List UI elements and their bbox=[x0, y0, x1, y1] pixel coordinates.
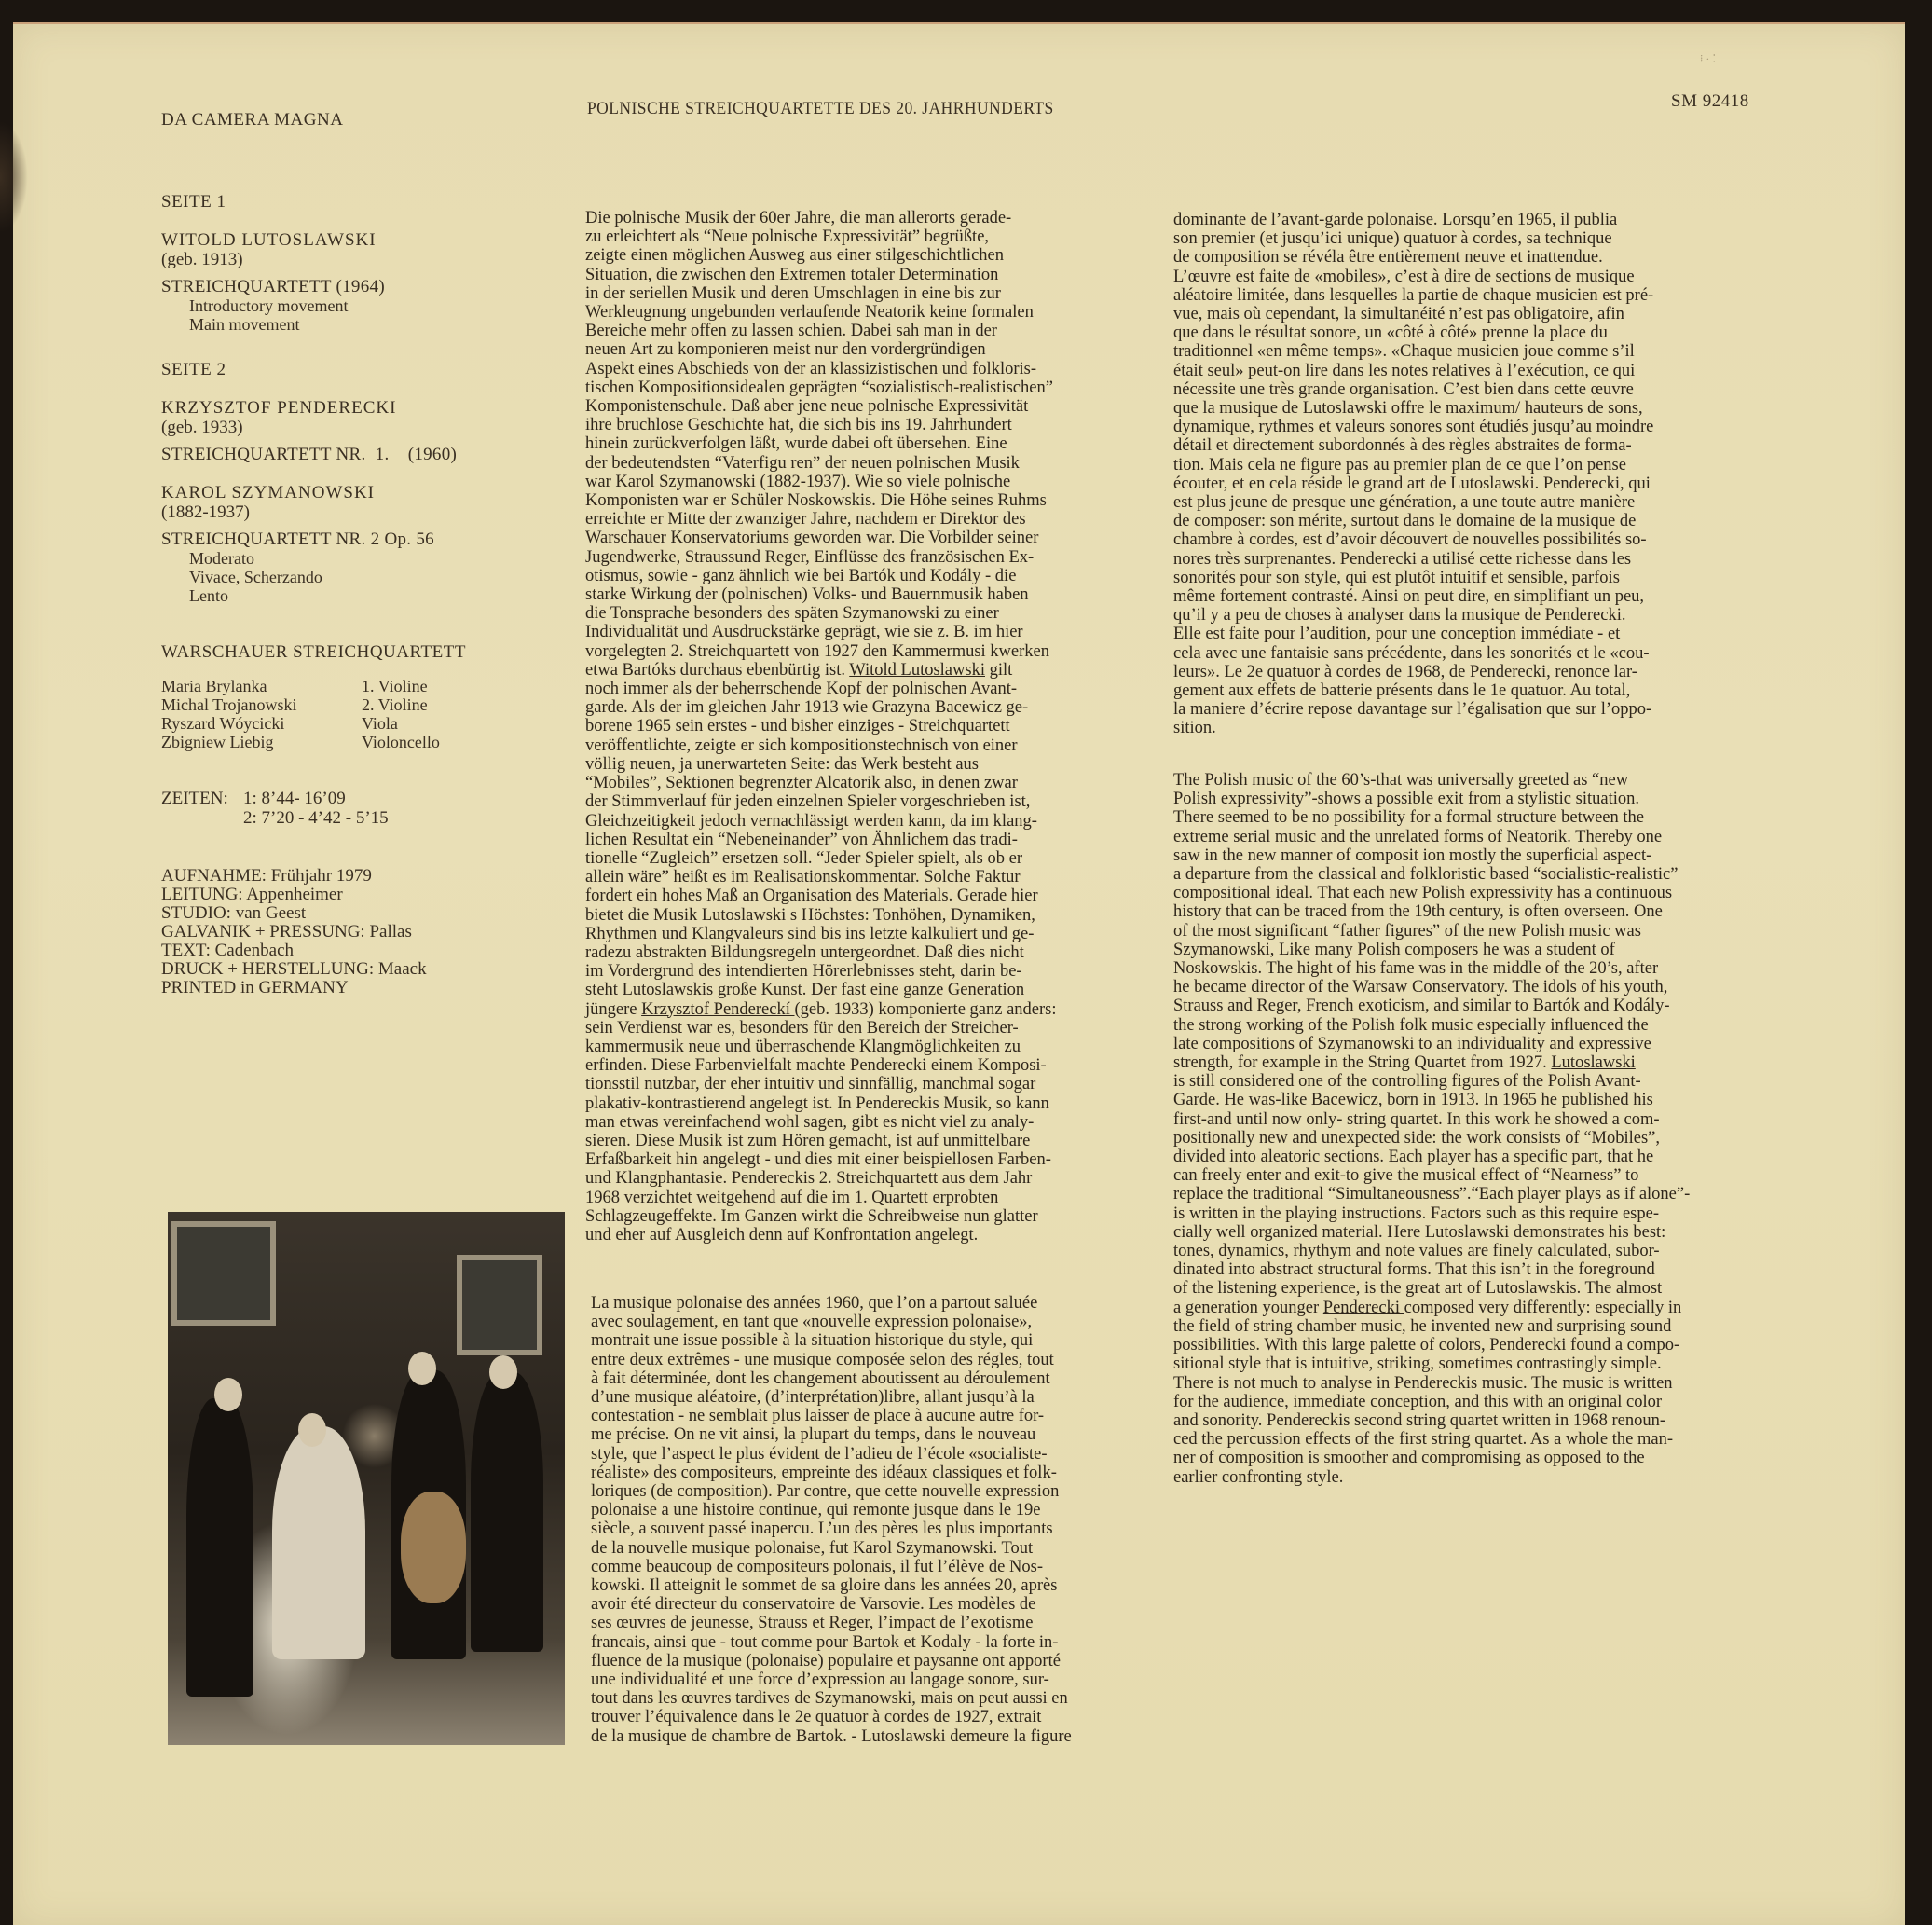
side-2-label: SEITE 2 bbox=[161, 360, 562, 379]
composer-name: KRZYSZTOF PENDERECKI bbox=[161, 398, 562, 418]
painting-frame bbox=[171, 1221, 276, 1326]
text: is still considered one of the controlli… bbox=[1173, 1072, 1690, 1316]
text: (geb. 1933) komponierte ganz anders: sei… bbox=[585, 1000, 1057, 1244]
movement: Vivace, Scherzando bbox=[161, 568, 562, 586]
member-row: Zbigniew Liebig Violoncello bbox=[161, 733, 562, 751]
text: Like many Polish composers he was a stud… bbox=[1173, 941, 1670, 1072]
musician-figure bbox=[471, 1372, 543, 1652]
composer-name: KAROL SZYMANOWSKI bbox=[161, 483, 562, 502]
member-row: Michal Trojanowski 2. Violine bbox=[161, 695, 562, 714]
composer-reference: Karol Szymanowski bbox=[615, 473, 760, 491]
credit-line: LEITUNG: Appenheimer bbox=[161, 886, 562, 904]
liner-notes-english: The Polish music of the 60’s-that was un… bbox=[1173, 771, 1779, 1487]
musician-figure bbox=[186, 1398, 253, 1697]
timings: ZEITEN: 1: 8’44- 16’09 2: 7’20 - 4’42 - … bbox=[161, 789, 562, 828]
ensemble-name: WARSCHAUER STREICHQUARTETT bbox=[161, 642, 562, 662]
composer-reference: Lutoslawski bbox=[1551, 1053, 1635, 1072]
musician-figure bbox=[272, 1426, 365, 1659]
liner-notes-french-part-1: La musique polonaise des années 1960, qu… bbox=[591, 1294, 1178, 1746]
member-name: Zbigniew Liebig bbox=[161, 733, 362, 751]
text: The Polish music of the 60’s-that was un… bbox=[1173, 771, 1678, 941]
movement: Introductory movement bbox=[161, 296, 562, 315]
face bbox=[214, 1378, 242, 1411]
credit-line: AUFNAHME: Frühjahr 1979 bbox=[161, 867, 562, 886]
side-1-label: SEITE 1 bbox=[161, 192, 562, 212]
movement: Moderato bbox=[161, 549, 562, 568]
text: Die polnische Musik der 60er Jahre, die … bbox=[585, 209, 1053, 491]
composer-reference: Krzysztof Pendereckí bbox=[641, 1000, 794, 1019]
work-title: STREICHQUARTETT (1964) bbox=[161, 277, 562, 296]
face bbox=[408, 1352, 436, 1385]
credit-line: DRUCK + HERSTELLUNG: Maack bbox=[161, 960, 562, 979]
composer-reference: Witold Lutoslawski bbox=[849, 661, 985, 680]
credit-line: TEXT: Cadenbach bbox=[161, 942, 562, 960]
credit-line: STUDIO: van Geest bbox=[161, 904, 562, 923]
label-brand: DA CAMERA MAGNA bbox=[161, 110, 343, 131]
member-name: Maria Brylanka bbox=[161, 677, 362, 695]
face bbox=[298, 1413, 326, 1447]
member-name: Ryszard Wóycicki bbox=[161, 714, 362, 733]
member-row: Maria Brylanka 1. Violine bbox=[161, 677, 562, 695]
wear-marks: ⁞ · ⁚ bbox=[1700, 52, 1737, 80]
text: dominante de l’avant-garde polonaise. Lo… bbox=[1173, 211, 1761, 738]
credit-line: GALVANIK + PRESSUNG: Pallas bbox=[161, 923, 562, 942]
text: gilt noch immer als der beherrschende Ko… bbox=[585, 661, 1038, 1019]
text: composed very differently: especially in… bbox=[1173, 1299, 1681, 1487]
text: (1882-1937). Wie so viele polnische Komp… bbox=[585, 473, 1049, 680]
production-credits: AUFNAHME: Frühjahr 1979 LEITUNG: Appenhe… bbox=[161, 867, 562, 997]
edge-shadow bbox=[0, 121, 28, 233]
member-name: Michal Trojanowski bbox=[161, 695, 362, 714]
ensemble-members: Maria Brylanka 1. Violine Michal Trojano… bbox=[161, 677, 562, 751]
work-title: STREICHQUARTETT NR. 1. (1960) bbox=[161, 445, 562, 464]
composer-dates: (1882-1937) bbox=[161, 502, 562, 522]
composer-reference: Szymanowski, bbox=[1173, 941, 1274, 959]
member-instrument: Viola bbox=[362, 714, 398, 733]
cello-shape bbox=[401, 1492, 466, 1603]
work-title: STREICHQUARTETT NR. 2 Op. 56 bbox=[161, 529, 562, 549]
member-instrument: Violoncello bbox=[362, 733, 440, 751]
composer-dates: (geb. 1933) bbox=[161, 418, 562, 437]
face bbox=[489, 1355, 517, 1389]
catalog-number: SM 92418 bbox=[1671, 91, 1749, 112]
composer-reference: Penderecki bbox=[1323, 1299, 1404, 1317]
member-row: Ryszard Wóycicki Viola bbox=[161, 714, 562, 733]
movement: Lento bbox=[161, 586, 562, 605]
painting-frame bbox=[457, 1255, 542, 1355]
timings-side-1: 1: 8’44- 16’09 bbox=[243, 789, 389, 808]
liner-notes-german: Die polnische Musik der 60er Jahre, die … bbox=[585, 209, 1172, 1244]
member-instrument: 1. Violine bbox=[362, 677, 428, 695]
member-instrument: 2. Violine bbox=[362, 695, 428, 714]
composer-name: WITOLD LUTOSLAWSKI bbox=[161, 230, 562, 250]
quartet-photo bbox=[168, 1212, 565, 1745]
timings-label: ZEITEN: bbox=[161, 789, 243, 828]
credit-line: PRINTED in GERMANY bbox=[161, 979, 562, 997]
composer-dates: (geb. 1913) bbox=[161, 250, 562, 269]
timings-side-2: 2: 7’20 - 4’42 - 5’15 bbox=[243, 808, 389, 828]
text: La musique polonaise des années 1960, qu… bbox=[591, 1294, 1178, 1746]
liner-notes-french-part-2: dominante de l’avant-garde polonaise. Lo… bbox=[1173, 211, 1761, 738]
movement: Main movement bbox=[161, 315, 562, 334]
album-title: POLNISCHE STREICHQUARTETTE DES 20. JAHRH… bbox=[587, 99, 1054, 119]
tracklist-panel: SEITE 1 WITOLD LUTOSLAWSKI (geb. 1913) S… bbox=[161, 186, 562, 997]
